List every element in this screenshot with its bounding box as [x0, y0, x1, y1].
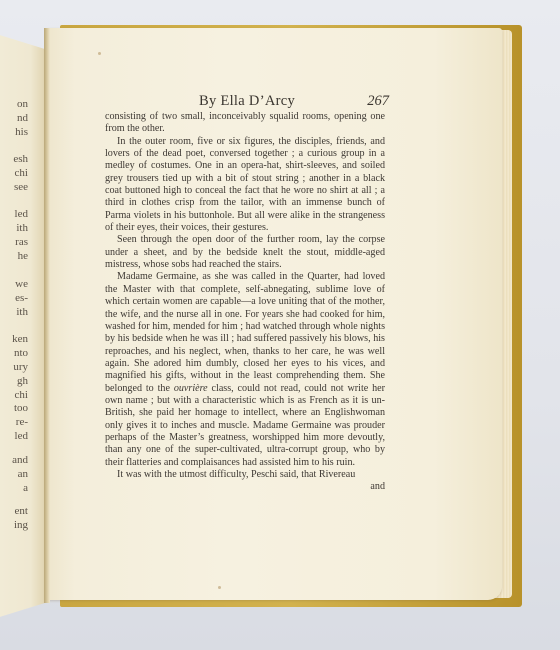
book-gutter	[44, 28, 50, 603]
left-page-text-fragments: onndhiseshchiseeledithrashewees-ithkennt…	[0, 20, 40, 620]
left-page-line-fragment: ken	[12, 333, 28, 345]
left-page-line-fragment: ent	[15, 505, 28, 517]
left-page-line-fragment: he	[18, 250, 28, 262]
paragraph: consisting of two small, inconceivably s…	[105, 111, 385, 136]
page-number: 267	[367, 93, 389, 110]
left-page-line-fragment: and	[12, 454, 28, 466]
left-page-line-fragment: nto	[14, 347, 28, 359]
left-page-line-fragment: ras	[15, 236, 28, 248]
left-page-line-fragment: es-	[15, 292, 28, 304]
paragraph: Madame Germaine, as she was called in th…	[105, 271, 385, 469]
left-page-line-fragment: re-	[16, 416, 28, 428]
paragraph: In the outer room, five or six figures, …	[105, 136, 385, 235]
catchword: and	[105, 481, 385, 493]
paragraph-text: class, could not read, could not write h…	[105, 383, 385, 468]
left-page-line-fragment: ith	[16, 306, 28, 318]
left-page-line-fragment: led	[15, 430, 28, 442]
running-head-title: By Ella D’Arcy	[199, 93, 295, 110]
left-page-line-fragment: too	[14, 402, 28, 414]
left-page-line-fragment: chi	[15, 389, 28, 401]
left-page-line-fragment: on	[17, 98, 28, 110]
italic-term: ouvrière	[174, 383, 208, 394]
left-page-line-fragment: esh	[13, 153, 28, 165]
left-page-line-fragment: nd	[17, 112, 28, 124]
left-page-line-fragment: gh	[17, 375, 28, 387]
left-page-line-fragment: we	[15, 278, 28, 290]
foxing-spot	[98, 52, 101, 55]
left-page-line-fragment: ith	[16, 222, 28, 234]
left-page-line-fragment: see	[14, 181, 28, 193]
left-page-line-fragment: ing	[14, 519, 28, 531]
paragraph: It was with the utmost difficulty, Pesch…	[105, 469, 385, 481]
page-text-block: By Ella D’Arcy 267 consisting of two sma…	[105, 93, 385, 494]
left-page-line-fragment: his	[15, 126, 28, 138]
running-head: By Ella D’Arcy 267	[105, 93, 385, 111]
left-page-line-fragment: a	[23, 482, 28, 494]
left-page: onndhiseshchiseeledithrashewees-ithkennt…	[0, 20, 48, 620]
left-page-line-fragment: an	[18, 468, 28, 480]
paragraph-text: Madame Germaine, as she was called in th…	[105, 271, 385, 393]
foxing-spot	[218, 586, 221, 589]
left-page-line-fragment: led	[15, 208, 28, 220]
left-page-line-fragment: chi	[15, 167, 28, 179]
left-page-line-fragment: ury	[13, 361, 28, 373]
paragraph: Seen through the open door of the furthe…	[105, 234, 385, 271]
